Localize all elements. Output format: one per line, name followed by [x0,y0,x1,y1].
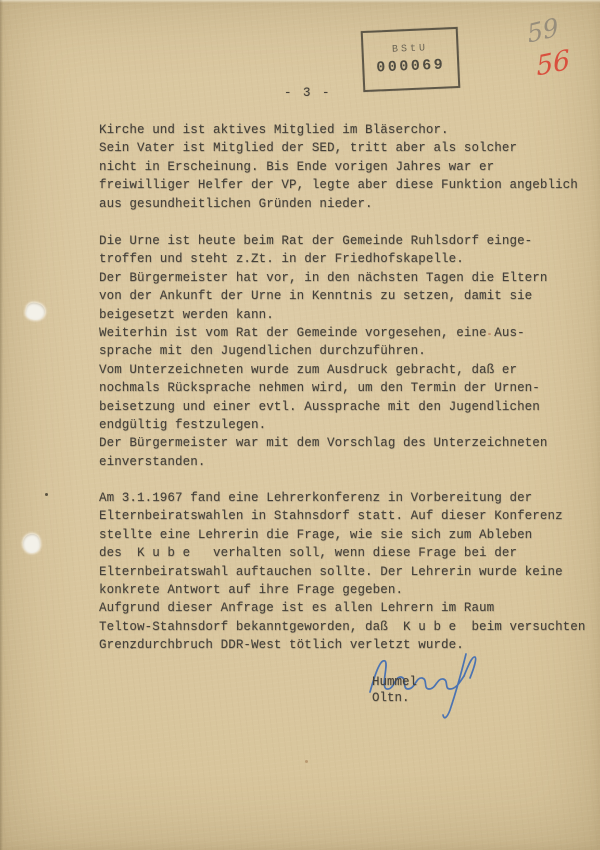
paper-speck [305,760,308,763]
text-line: stellte eine Lehrerin die Frage, wie sie… [99,526,594,544]
text-line: konkrete Antwort auf ihre Frage gegeben. [99,581,594,599]
handwritten-red-number: 56 [535,44,571,82]
text-line: beigesetzt werden kann. [99,306,594,324]
text-line: Weiterhin ist vom Rat der Gemeinde vorge… [99,324,594,342]
text-line: Aufgrund dieser Anfrage ist es allen Leh… [99,599,594,617]
text-line: nicht in Erscheinung. Bis Ende vorigen J… [99,158,594,176]
text-line: freiwilliger Helfer der VP, legte aber d… [99,176,594,194]
text-line: einverstanden. [99,453,594,471]
punch-hole-bottom [22,533,42,554]
text-line: sprache mit den Jugendlichen durchzuführ… [99,342,594,360]
text-line: Vom Unterzeichneten wurde zum Ausdruck g… [99,361,594,379]
paper-speck [45,493,48,496]
text-line: aus gesundheitlichen Gründen nieder. [99,195,594,213]
page-number: - 3 - [284,86,332,100]
paragraph-teacher-conference: Am 3.1.1967 fand eine Lehrerkonferenz in… [99,489,594,655]
paragraph-background-info: Kirche und ist aktives Mitglied im Bläse… [99,121,594,213]
text-line: troffen und steht z.Zt. in der Friedhofs… [99,250,594,268]
stamp-agency-label: BStU [392,43,428,56]
text-line: nochmals Rücksprache nehmen wird, um den… [99,379,594,397]
scanned-document-page: BStU 000069 59 56 - 3 - Kirche und ist a… [0,0,600,850]
text-line: Der Bürgermeister hat vor, in den nächst… [99,269,594,287]
text-line: beisetzung und einer evtl. Aussprache mi… [99,398,594,416]
text-line: Elternbeiratswahl auftauchen sollte. Der… [99,563,594,581]
text-line: Sein Vater ist Mitglied der SED, tritt a… [99,139,594,157]
paragraph-urn-arrangements: Die Urne ist heute beim Rat der Gemeinde… [99,232,594,471]
paper-top-edge [0,0,600,3]
text-line: Kirche und ist aktives Mitglied im Bläse… [99,121,594,139]
text-line: Am 3.1.1967 fand eine Lehrerkonferenz in… [99,489,594,507]
text-line: des K u b e verhalten soll, wenn diese F… [99,544,594,562]
signature-block: Hummel Oltn. [372,675,417,706]
signer-typed-name: Hummel [372,675,417,691]
text-line: von der Ankunft der Urne in Kenntnis zu … [99,287,594,305]
text-line: Grenzdurchbruch DDR-West tötlich verletz… [99,636,594,654]
text-line: Elternbeiratswahlen in Stahnsdorf statt.… [99,507,594,525]
paper-left-edge [0,0,3,850]
text-line: endgültig festzulegen. [99,416,594,434]
punch-hole-top [24,301,47,322]
handwritten-pencil-number: 59 [525,12,560,49]
text-line: Der Bürgermeister war mit dem Vorschlag … [99,434,594,452]
text-line: Die Urne ist heute beim Rat der Gemeinde… [99,232,594,250]
bstu-archive-stamp: BStU 000069 [361,27,461,92]
text-line: Teltow-Stahnsdorf bekanntgeworden, daß K… [99,618,594,636]
stamp-page-counter: 000069 [376,56,446,76]
signer-rank: Oltn. [372,691,417,707]
